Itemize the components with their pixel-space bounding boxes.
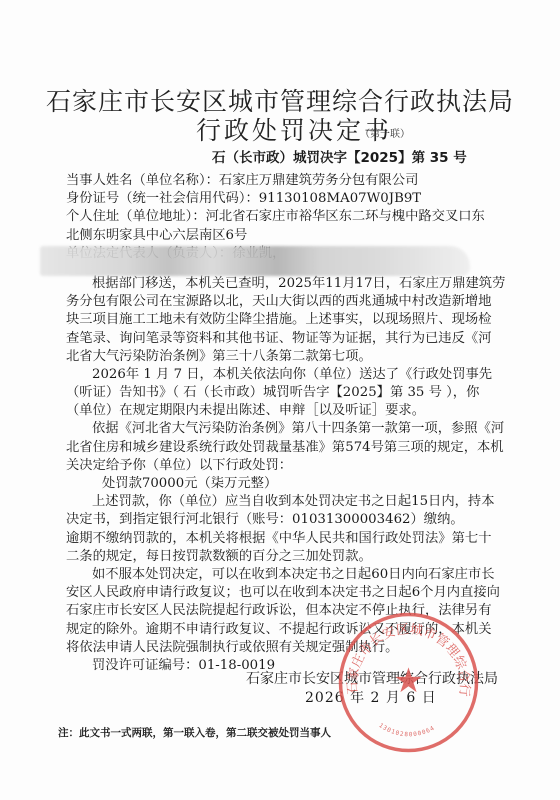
facts-line: 查笔录、询问笔录等资料和其他书证、物证等为证据，其行为已违反《河 (66, 330, 506, 348)
appeal-paragraph: 如不服本处罚决定，可以在收到本决定书之日起60日内向石家庄市长 安区人民政府申请… (66, 566, 506, 657)
basis-line: 依据《河北省大气污染防治条例》第八十四条第一款第一项，参照《河 (66, 420, 506, 438)
appeal-line: 安区人民政府申请行政复议；也可以在收到本决定书之日起6个月内直接向 (66, 584, 506, 602)
penalty-amount: 处罚款70000元（柒万元整） (66, 475, 506, 493)
penalty-decision-document: 石家庄市长安区城市管理综合行政执法局 行政处罚决定书 （第一联） 石（长市政）城… (0, 0, 560, 800)
notice-line: 2026年 1 月 7 日，本机关依法向你（单位）送达了《行政处罚事先 (66, 366, 506, 384)
appeal-line: 石家庄市长安区人民法院提起行政诉讼，但本决定不停止执行，法律另有 (66, 602, 506, 620)
party-address-line-2: 北侧东明家具中心六层南区6号 (66, 227, 506, 245)
facts-paragraph: 根据部门移送，本机关已查明，2025年11月17日，石家庄万鼎建筑劳 务分包有限… (66, 275, 506, 366)
facts-line: 务分包有限公司在宝源路以北，天山大街以西的西兆通城中村改造新增地 (66, 293, 506, 311)
payment-line: 上述罚款，你（单位）应当自收到本处罚决定书之日起15日内，持本 (66, 493, 506, 511)
notice-line: （听证）告知书》（ 石（长市政）城罚听告字【2025】第 35 号 ），你 (66, 384, 506, 402)
appeal-line: 如不服本处罚决定，可以在收到本决定书之日起60日内向石家庄市长 (66, 566, 506, 584)
copy-label: （第一联） (360, 125, 410, 140)
svg-text:1301028000064: 1301028000064 (378, 722, 437, 738)
redacted-region (40, 246, 470, 276)
appeal-line: 规定的除外。逾期不申请行政复议、不提起行政诉讼又不履行的，本机关 (66, 621, 506, 639)
party-credit-code: 身份证号（统一社会信用代码）：91130108MA07W0JB9T (66, 190, 506, 208)
facts-line: 北省大气污染防治条例》第三十八条第二款第七项。 (66, 348, 506, 366)
document-number: 石（长市政）城罚决字【2025】第 35 号 (212, 146, 467, 166)
basis-line: 关决定给予你（单位）以下行政处罚： (66, 457, 506, 475)
late-payment-line: 逾期不缴纳罚款的，本机关将根据《中华人民共和国行政处罚法》第七十 (66, 530, 506, 548)
late-payment-line: 二条的规定，每日按罚款数额的百分之三加处罚款。 (66, 548, 506, 566)
facts-line: 根据部门移送，本机关已查明，2025年11月17日，石家庄万鼎建筑劳 (66, 275, 506, 293)
facts-line: 块三项目施工工地未有效防尘降尘措施。上述事实，以现场照片、现场检 (66, 311, 506, 329)
party-name: 当事人姓名（单位名称）：石家庄万鼎建筑劳务分包有限公司 (66, 172, 506, 190)
notice-line: （单位）在规定期限内未提出陈述、申辩［以及听证］要求。 (66, 402, 506, 420)
issue-date: 2026 年 2 月 6 日 (305, 687, 437, 707)
notice-paragraph: 2026年 1 月 7 日，本机关依法向你（单位）送达了《行政处罚事先 （听证）… (66, 366, 506, 421)
footnote: 注：此文书一式两联，第一联入卷，第二联交被处罚当事人 (58, 725, 331, 740)
basis-line: 北省住房和城乡建设系统行政处罚裁量基准》第574号第三项的规定，本机 (66, 439, 506, 457)
payment-line: 决定书，到指定银行河北银行（账号：01031300003462）缴纳。 (66, 511, 506, 529)
party-address-line-1: 个人住址（单位地址）：河北省石家庄市裕华区东二环与槐中路交叉口东 (66, 208, 506, 226)
late-payment-paragraph: 逾期不缴纳罚款的，本机关将根据《中华人民共和国行政处罚法》第七十 二条的规定，每… (66, 530, 506, 566)
issuing-agency: 石家庄市长安区城市管理综合行政执法局 (246, 668, 498, 688)
basis-paragraph: 依据《河北省大气污染防治条例》第八十四条第一款第一项，参照《河 北省住房和城乡建… (66, 420, 506, 475)
payment-paragraph: 上述罚款，你（单位）应当自收到本处罚决定书之日起15日内，持本 决定书，到指定银… (66, 493, 506, 529)
appeal-line: 将依法申请人民法院强制执行或依照有关规定强制执行。 (66, 639, 506, 657)
